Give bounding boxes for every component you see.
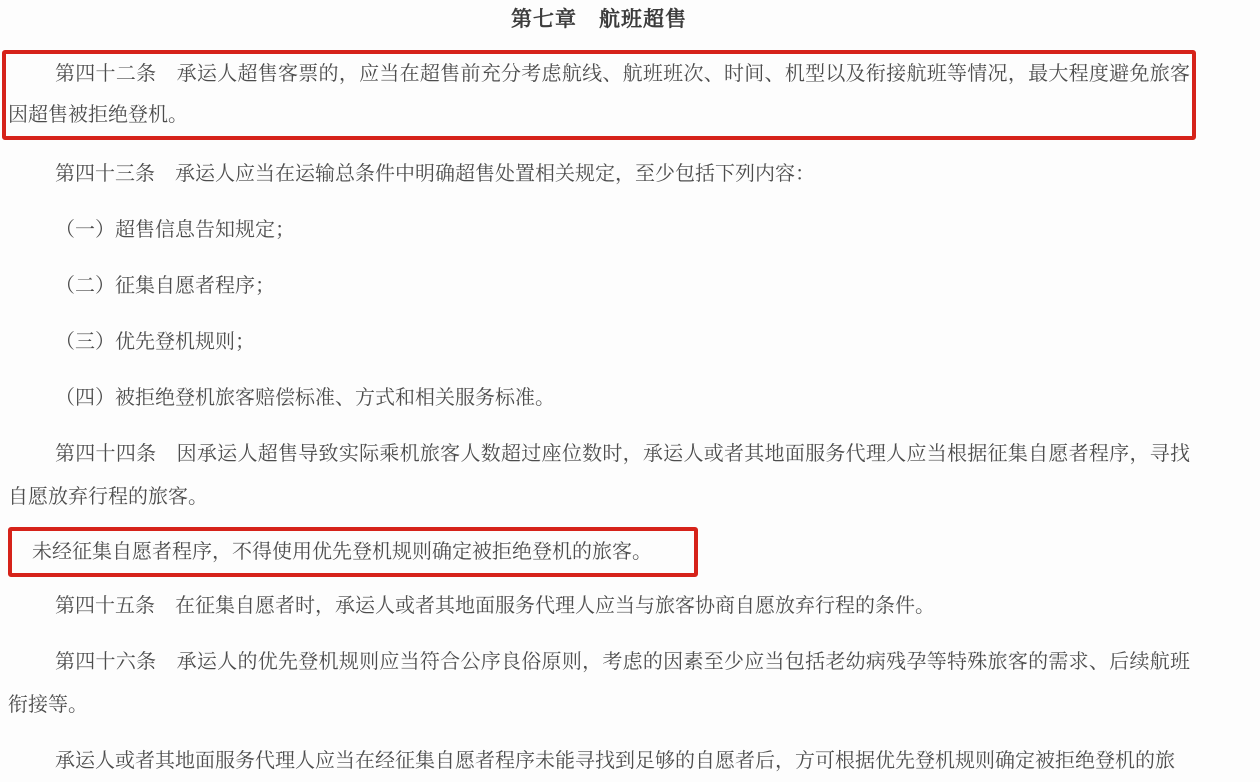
article-44-paragraph-2: 未经征集自愿者程序，不得使用优先登机规则确定被拒绝登机的旅客。 (32, 532, 652, 572)
highlight-box-article-44-para-2: 未经征集自愿者程序，不得使用优先登机规则确定被拒绝登机的旅客。 (8, 527, 698, 577)
highlight-box-article-42: 第四十二条 承运人超售客票的，应当在超售前充分考虑航线、航班班次、时间、机型以及… (2, 50, 1196, 140)
chapter-heading: 第七章 航班超售 (8, 6, 1190, 32)
article-44-paragraph: 第四十四条 因承运人超售导致实际乘机旅客人数超过座位数时，承运人或者其地面服务代… (8, 433, 1190, 519)
document-page: 第七章 航班超售 第四十二条 承运人超售客票的，应当在超售前充分考虑航线、航班班… (0, 0, 1260, 782)
article-45-paragraph: 第四十五条 在征集自愿者时，承运人或者其地面服务代理人应当与旅客协商自愿放弃行程… (8, 585, 1190, 628)
article-46-paragraph: 第四十六条 承运人的优先登机规则应当符合公序良俗原则，考虑的因素至少应当包括老幼… (8, 641, 1190, 727)
article-46-paragraph-2: 承运人或者其地面服务代理人应当在经征集自愿者程序未能寻找到足够的自愿者后，方可根… (8, 740, 1190, 782)
clause-item-4: （四）被拒绝登机旅客赔偿标准、方式和相关服务标准。 (8, 377, 1190, 420)
clause-item-2: （二）征集自愿者程序； (8, 265, 1190, 308)
article-43-paragraph: 第四十三条 承运人应当在运输总条件中明确超售处置相关规定，至少包括下列内容： (8, 153, 1190, 196)
article-42-paragraph: 第四十二条 承运人超售客票的，应当在超售前充分考虑航线、航班班次、时间、机型以及… (8, 54, 1190, 136)
clause-item-3: （三）优先登机规则； (8, 321, 1190, 364)
clause-item-1: （一）超售信息告知规定； (8, 209, 1190, 252)
